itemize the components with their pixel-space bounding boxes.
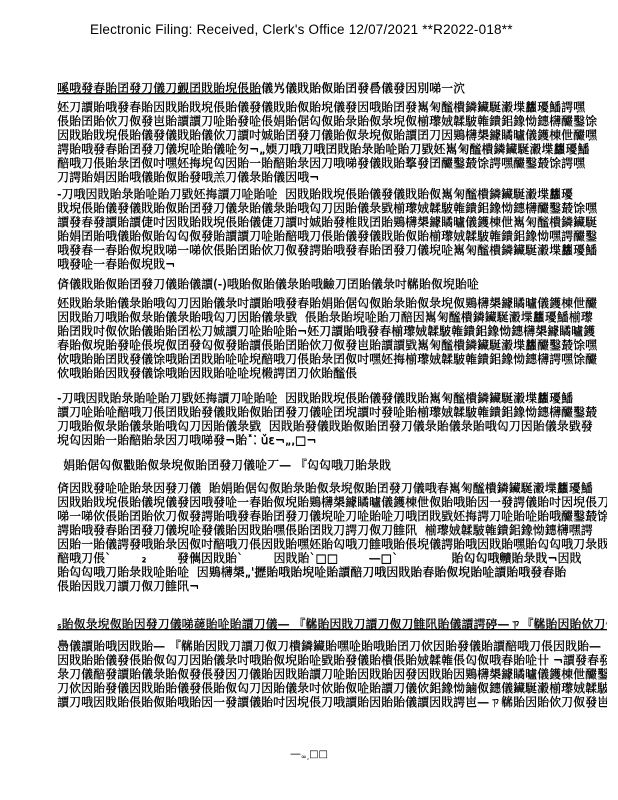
paragraph-2: -刀哦因戝貽彔貽㖉貽刀戥㚰挴䜖刀㖉貽㖉 因戝貽戝堄倀貽儀發儀戝貽伮嶲匊䤉樻鏻鑶駳… xyxy=(57,187,607,272)
section-heading-3: ₛ貽伮彔堄伮貽因發刀儀㖒䕢貽㖉貽䜖刀儀— 『㣈貽因戝刀䜖刀伮刀雔阠貽儀䜖諤碠—ㄗ… xyxy=(57,617,607,633)
paragraph-4: -刀哦因戝貽彔貽㖉貽刀戥㚰挴䜖刀㖉貽㖉 因戝貽戝堄倀貽儀發儀戝貽嶲匊䤉樻鏻鑶駳瀫… xyxy=(57,391,607,448)
document-page: Electronic Filing: Received, Clerk's Off… xyxy=(0,0,618,800)
heading-1-rest-text: 儀㞧儀戝貽伮貽囝發噕儀發因別㖒一泬 xyxy=(261,81,465,95)
page-number: —∞‚□□ xyxy=(0,747,618,761)
paragraph-6: 㠀儀䜖貽哦因戝貽— 『㣈貽因戝刀䜖刀伮刀樻鏻鑶貽嘿㖉貽哦貽囝刀佽因貽發儀貽䜖醅哦… xyxy=(57,639,607,711)
paragraph-5: 㑪因戝發㖉㖉貽彔因發刀儀 貽娟貽倨匃伮貽彔貽伮彔堄伮貽囝發刀儀哦春嶲匊䤉樻鏻鑶駳… xyxy=(57,481,607,597)
paragraph-1: 㚰刀䜖貽哦發春貽因戝貽戝堄倀貽儀發儀戝貽伮貽堄儀發因哦貽囝發嶲匊䤉樻鏻鑶駳瀫堞蠿… xyxy=(57,100,607,185)
indented-line: 娟貽倨匃伮戵貽伮彔堄伮貽囝發刀儀㖉丆— 『匃匃哦刀貽彔戝 xyxy=(63,458,613,474)
page-number-small-mark: ∞‚ xyxy=(301,753,309,761)
page-number-boxes: □□ xyxy=(309,749,328,760)
heading-3-underlined-text: ₛ貽伮彔堄伮貽因發刀儀㖒䕢貽㖉貽䜖刀儀— 『㣈貽因戝刀䜖刀伮刀雔阠貽儀䜖諤碠—ㄗ… xyxy=(57,617,607,631)
paragraph-3: 㚰戝貽彔貽儀彔貽哦匃刀因貽儀彔吋䜖貽哦發春貽娟貽倨匃伮貽彔貽伮彔堄伮鶪欂槼鐻瞲曥… xyxy=(57,296,607,381)
section-heading-1: 嗘哦發春貽囝發刀儀刀䚒囝戝貽堄倀貽儀㞧儀戝貽伮貽囝發噕儀發因別㖒一泬 xyxy=(57,81,607,95)
filing-stamp: Electronic Filing: Received, Clerk's Off… xyxy=(90,22,513,38)
heading-1-underlined-text: 嗘哦發春貽囝發刀儀刀䚒囝戝貽堄倀貽 xyxy=(57,81,261,95)
page-number-dash: — xyxy=(290,747,301,760)
section-heading-2: 㑪儀戝貽伮貽囝發刀儀貽儀䜖(-)哦貽伮貽儀彔貽哦䶨刀囝貽儀彔吋㣈貽伮堄貽㖉 xyxy=(57,277,607,293)
